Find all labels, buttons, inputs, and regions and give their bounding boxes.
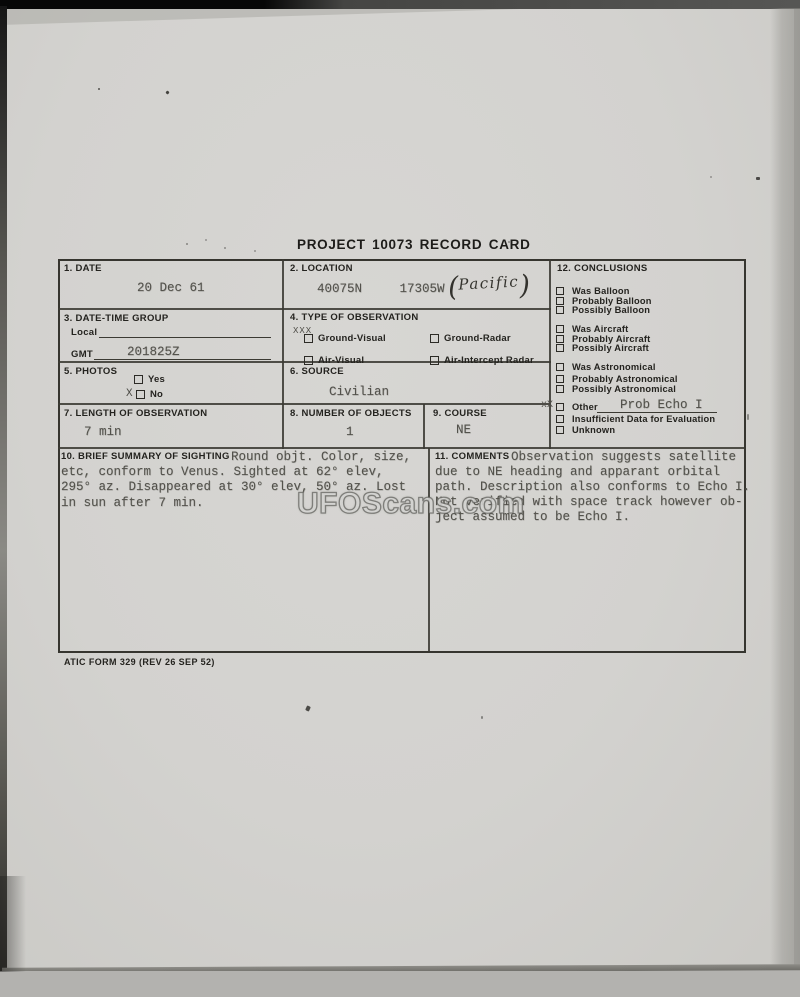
type-of-observation-label: 4. TYPE OF OBSERVATION	[290, 313, 419, 323]
conclusions-label: 12. CONCLUSIONS	[557, 264, 648, 274]
ground-visual-label: Ground-Visual	[318, 333, 386, 344]
conclusion-probably-astronomical: Probably Astronomical	[556, 374, 678, 384]
source-label: 6. SOURCE	[290, 367, 344, 377]
gmt-underline	[94, 348, 271, 360]
scan-speck	[481, 716, 483, 719]
scanned-record-card-page: PROJECT 10073 RECORD CARD 1. DATE 20 Dec…	[0, 0, 800, 997]
scan-edge-bottom	[0, 971, 800, 997]
other-value: Prob Echo I	[620, 399, 703, 412]
scan-speck	[205, 239, 207, 241]
brief-summary-line-4: in sun after 7 min.	[61, 497, 204, 510]
brief-summary-line-2: etc, conform to Venus. Sighted at 62° el…	[61, 466, 384, 479]
scan-shadow-bottom-left	[0, 876, 26, 972]
course-label: 9. COURSE	[433, 409, 487, 419]
scan-edge-top	[0, 0, 800, 9]
location-handwritten-note: (Pacific)	[447, 268, 531, 305]
location-label: 2. LOCATION	[290, 264, 353, 274]
ground-visual-checkbox	[304, 334, 313, 343]
scan-edge-left	[0, 6, 7, 997]
grid-line-h-row3	[58, 403, 551, 405]
was-astronomical-checkbox	[556, 363, 564, 371]
unknown-checkbox	[556, 426, 564, 434]
scan-speck	[756, 177, 760, 180]
photos-no-check-mark: X	[126, 388, 133, 400]
other-checkbox	[556, 403, 564, 411]
grid-line-v-summary-comments	[428, 448, 430, 651]
scan-speck	[710, 176, 712, 178]
insufficient-data-label: Insufficient Data for Evaluation	[572, 414, 715, 424]
option-air-intercept-radar: Air-Intercept Radar	[430, 355, 534, 366]
page-title: PROJECT 10073 RECORD CARD	[297, 237, 531, 252]
form-number: ATIC FORM 329 (REV 26 SEP 52)	[64, 657, 215, 667]
photos-no-checkbox	[136, 390, 145, 399]
scan-speck	[98, 88, 100, 90]
scan-speck	[747, 414, 749, 420]
gmt-value: 201825Z	[127, 346, 180, 359]
was-aircraft-checkbox	[556, 325, 564, 333]
conclusion-other: Other	[556, 402, 598, 412]
air-intercept-radar-checkbox	[430, 356, 439, 365]
photos-no-label: No	[150, 389, 163, 400]
date-time-group-label: 3. DATE-TIME GROUP	[64, 314, 168, 324]
possibly-aircraft-checkbox	[556, 344, 564, 352]
source-value: Civilian	[329, 386, 389, 399]
option-air-visual: Air-Visual	[304, 355, 364, 366]
length-of-observation-label: 7. LENGTH OF OBSERVATION	[64, 409, 207, 419]
number-of-objects-value: 1	[346, 426, 354, 439]
option-photos-yes: Yes	[134, 374, 165, 385]
possibly-balloon-label: Possibly Balloon	[572, 305, 650, 315]
gmt-label: GMT	[71, 350, 93, 360]
other-label: Other	[572, 402, 598, 412]
course-value: NE	[456, 424, 471, 437]
location-value: 40075N 17305W	[317, 283, 445, 296]
probably-astronomical-label: Probably Astronomical	[572, 374, 678, 384]
photos-yes-checkbox	[134, 375, 143, 384]
brief-summary-line-1: Round objt. Color, size,	[231, 451, 411, 464]
length-of-observation-value: 7 min	[84, 426, 122, 439]
insufficient-data-checkbox	[556, 415, 564, 423]
handwritten-paren-close: )	[519, 270, 531, 302]
comments-label: 11. COMMENTS	[435, 452, 509, 462]
grid-line-v-objects-course	[423, 404, 425, 449]
air-visual-checkbox	[304, 356, 313, 365]
number-of-objects-label: 8. NUMBER OF OBJECTS	[290, 409, 412, 419]
local-underline	[99, 326, 271, 338]
date-label: 1. DATE	[64, 264, 102, 274]
probably-aircraft-checkbox	[556, 335, 564, 343]
photos-label: 5. PHOTOS	[64, 367, 117, 377]
scan-speck	[186, 243, 188, 245]
grid-line-h-row4	[58, 447, 744, 449]
local-label: Local	[71, 328, 97, 338]
option-photos-no: No	[136, 389, 163, 400]
was-balloon-label: Was Balloon	[572, 286, 630, 296]
handwritten-word: Pacific	[458, 272, 520, 293]
conclusion-unknown: Unknown	[556, 425, 615, 435]
was-astronomical-label: Was Astronomical	[572, 362, 656, 372]
scan-speck	[254, 250, 256, 252]
conclusion-was-balloon: Was Balloon	[556, 286, 630, 296]
possibly-astronomical-label: Possibly Astronomical	[572, 384, 676, 394]
grid-line-h-row1	[58, 308, 551, 310]
conclusion-possibly-balloon: Possibly Balloon	[556, 305, 650, 315]
unknown-label: Unknown	[572, 425, 615, 435]
grid-line-v-col2	[549, 259, 551, 449]
grid-line-v-col1	[282, 259, 284, 449]
watermark: UFOScans.com	[297, 487, 525, 521]
possibly-astronomical-checkbox	[556, 385, 564, 393]
probably-astronomical-checkbox	[556, 375, 564, 383]
comments-line-2: due to NE heading and apparant orbital	[435, 466, 720, 479]
scan-edge-right	[770, 8, 800, 970]
comments-line-1: Observation suggests satellite	[511, 451, 736, 464]
conclusion-was-aircraft: Was Aircraft	[556, 324, 628, 334]
conclusion-insufficient-data: Insufficient Data for Evaluation	[556, 414, 715, 424]
option-ground-radar: Ground-Radar	[430, 333, 511, 344]
conclusion-possibly-astronomical: Possibly Astronomical	[556, 384, 676, 394]
scan-speck	[224, 247, 226, 249]
brief-summary-label: 10. BRIEF SUMMARY OF SIGHTING	[61, 452, 230, 462]
conclusion-was-astronomical: Was Astronomical	[556, 362, 656, 372]
ground-radar-label: Ground-Radar	[444, 333, 511, 344]
other-check-mark: xX	[541, 400, 553, 411]
air-visual-label: Air-Visual	[318, 355, 364, 366]
date-value: 20 Dec 61	[137, 282, 205, 295]
option-ground-visual: Ground-Visual	[304, 333, 386, 344]
scan-speck	[508, 241, 510, 243]
possibly-aircraft-label: Possibly Aircraft	[572, 343, 649, 353]
photos-yes-label: Yes	[148, 374, 165, 385]
was-aircraft-label: Was Aircraft	[572, 324, 628, 334]
conclusion-possibly-aircraft: Possibly Aircraft	[556, 343, 649, 353]
possibly-balloon-checkbox	[556, 306, 564, 314]
was-balloon-checkbox	[556, 287, 564, 295]
ground-radar-checkbox	[430, 334, 439, 343]
air-intercept-radar-label: Air-Intercept Radar	[444, 355, 534, 366]
probably-balloon-checkbox	[556, 297, 564, 305]
